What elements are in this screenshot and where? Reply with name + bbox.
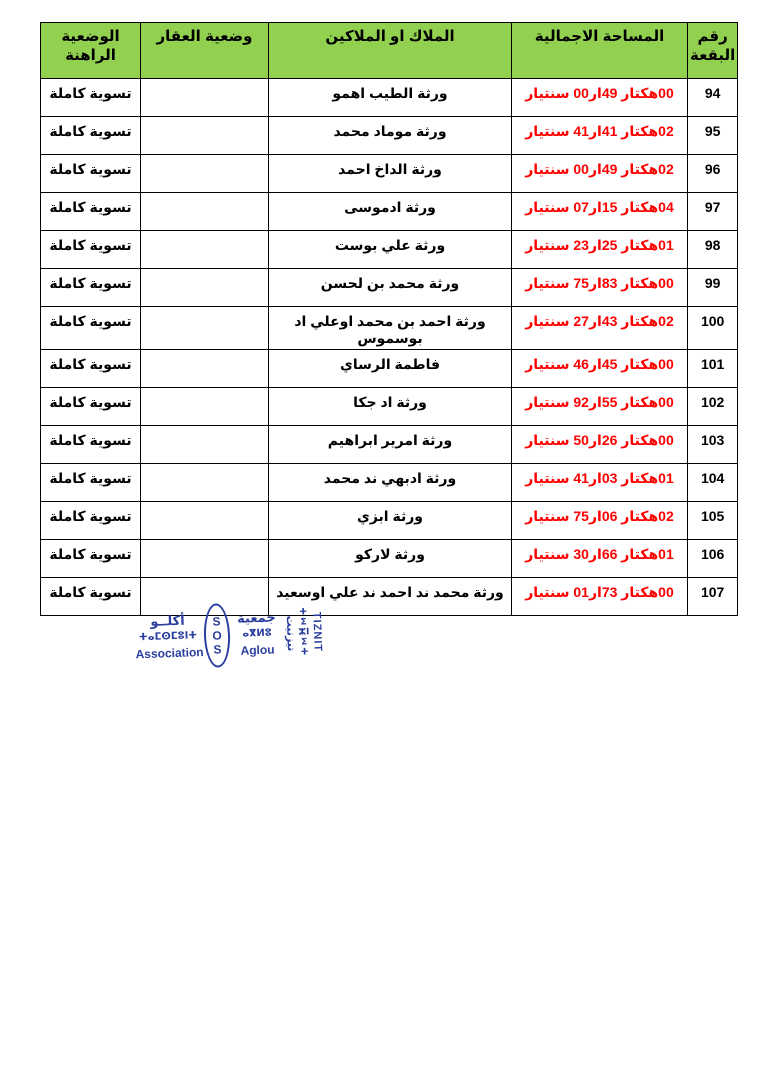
plot-number-cell: 105 <box>688 502 738 540</box>
owners-cell: ورثة ادموسى <box>269 193 512 231</box>
property-status-cell <box>141 426 269 464</box>
table-row: 106 01هكتار 66ار30 سنتيار ورثة لاركو تسو… <box>41 540 738 578</box>
table-row: 102 00هكتار 55ار92 سنتيار ورثة اد جكا تس… <box>41 388 738 426</box>
total-area-cell: 02هكتار 49ار00 سنتيار <box>512 155 688 193</box>
stamp-tifinagh-tamsmunt: ⵜⴰⵎⵙⵎⵓⵏⵜ <box>135 628 202 646</box>
stamp-latin-association: Association <box>135 644 202 663</box>
table-row: 98 01هكتار 25ار23 سنتيار ورثة علي بوست ت… <box>41 231 738 269</box>
owners-cell: ورثة اد جكا <box>269 388 512 426</box>
total-area-cell: 00هكتار 49ار00 سنتيار <box>512 79 688 117</box>
total-area-cell: 04هكتار 15ار07 سنتيار <box>512 193 688 231</box>
owners-cell: ورثة ادبهي ند محمد <box>269 464 512 502</box>
owners-cell: ورثة امرير ابراهيم <box>269 426 512 464</box>
plot-number-cell: 104 <box>688 464 738 502</box>
current-status-cell: تسوية كاملة <box>41 502 141 540</box>
stamp-city-arabic-text: تيزنيت <box>284 615 298 651</box>
header-owners: الملاك او الملاكين <box>269 23 512 79</box>
plot-number-cell: 107 <box>688 578 738 616</box>
land-plots-table: رقم البقعة المساحة الاجمالية الملاك او ا… <box>40 22 738 616</box>
total-area-cell: 02هكتار 43ار27 سنتيار <box>512 307 688 350</box>
owners-cell: ورثة لاركو <box>269 540 512 578</box>
current-status-cell: تسوية كاملة <box>41 79 141 117</box>
property-status-cell <box>141 231 269 269</box>
property-status-cell <box>141 155 269 193</box>
current-status-cell: تسوية كاملة <box>41 193 141 231</box>
property-status-cell <box>141 464 269 502</box>
plot-number-cell: 95 <box>688 117 738 155</box>
stamp-left-column: أكلــو ⵜⴰⵎⵙⵎⵓⵏⵜ Association <box>134 611 202 663</box>
current-status-cell: تسوية كاملة <box>41 155 141 193</box>
stamp-sos-s2: S <box>213 642 221 656</box>
owners-cell: ورثة محمد بن لحسن <box>269 269 512 307</box>
plot-number-cell: 96 <box>688 155 738 193</box>
total-area-cell: 01هكتار 25ار23 سنتيار <box>512 231 688 269</box>
table-row: 94 00هكتار 49ار00 سنتيار ورثة الطيب اهمو… <box>41 79 738 117</box>
stamp-sos-s1: S <box>212 614 220 628</box>
header-current-status: الوضعية الراهنة <box>41 23 141 79</box>
stamp-tifinagh-aglou: ⴰⴳⵍⵓ <box>233 625 282 643</box>
document-page: رقم البقعة المساحة الاجمالية الملاك او ا… <box>0 0 768 1086</box>
owners-cell: ورثة الداخ احمد <box>269 155 512 193</box>
stamp-city-arabic: تيزنيت <box>284 626 298 639</box>
property-status-cell <box>141 117 269 155</box>
current-status-cell: تسوية كاملة <box>41 426 141 464</box>
plot-number-cell: 98 <box>688 231 738 269</box>
header-plot-number: رقم البقعة <box>688 23 738 79</box>
stamp-city-latin-text: TIZNIT <box>310 612 323 653</box>
property-status-cell <box>141 540 269 578</box>
owners-cell: ورثة ابزي <box>269 502 512 540</box>
owners-cell: ورثة علي بوست <box>269 231 512 269</box>
table-row: 103 00هكتار 26ار50 سنتيار ورثة امرير ابر… <box>41 426 738 464</box>
owners-cell: ورثة الطيب اهمو <box>269 79 512 117</box>
plot-number-cell: 99 <box>688 269 738 307</box>
current-status-cell: تسوية كاملة <box>41 540 141 578</box>
total-area-cell: 00هكتار 26ار50 سنتيار <box>512 426 688 464</box>
current-status-cell: تسوية كاملة <box>41 388 141 426</box>
plot-number-cell: 106 <box>688 540 738 578</box>
total-area-cell: 00هكتار 55ار92 سنتيار <box>512 388 688 426</box>
total-area-cell: 00هكتار 83ار75 سنتيار <box>512 269 688 307</box>
property-status-cell <box>141 307 269 350</box>
property-status-cell <box>141 388 269 426</box>
plot-number-cell: 94 <box>688 79 738 117</box>
plot-number-cell: 97 <box>688 193 738 231</box>
owners-cell: فاطمة الرساي <box>269 350 512 388</box>
owners-cell: ورثة احمد بن محمد اوعلي اد بوسموس <box>269 307 512 350</box>
table-row: 107 00هكتار 73ار01 سنتيار ورثة محمد ند ا… <box>41 578 738 616</box>
plot-number-cell: 103 <box>688 426 738 464</box>
table-row: 99 00هكتار 83ار75 سنتيار ورثة محمد بن لح… <box>41 269 738 307</box>
table-row: 105 02هكتار 06ار75 سنتيار ورثة ابزي تسوي… <box>41 502 738 540</box>
property-status-cell <box>141 269 269 307</box>
owners-cell: ورثة محمد ند احمد ند علي اوسعيد <box>269 578 512 616</box>
property-status-cell <box>141 502 269 540</box>
property-status-cell <box>141 79 269 117</box>
current-status-cell: تسوية كاملة <box>41 231 141 269</box>
table-row: 104 01هكتار 03ار41 سنتيار ورثة ادبهي ند … <box>41 464 738 502</box>
stamp-city-latin: TIZNIT <box>310 626 324 638</box>
plot-number-cell: 100 <box>688 307 738 350</box>
total-area-cell: 01هكتار 66ار30 سنتيار <box>512 540 688 578</box>
stamp-latin-aglou: Aglou <box>233 641 282 660</box>
owners-cell: ورثة موماد محمد <box>269 117 512 155</box>
table-row: 95 02هكتار 41ار41 سنتيار ورثة موماد محمد… <box>41 117 738 155</box>
table-row: 100 02هكتار 43ار27 سنتيار ورثة احمد بن م… <box>41 307 738 350</box>
plot-number-cell: 102 <box>688 388 738 426</box>
current-status-cell: تسوية كاملة <box>41 464 141 502</box>
table-row: 96 02هكتار 49ار00 سنتيار ورثة الداخ احمد… <box>41 155 738 193</box>
plot-number-cell: 101 <box>688 350 738 388</box>
total-area-cell: 02هكتار 06ار75 سنتيار <box>512 502 688 540</box>
total-area-cell: 01هكتار 03ار41 سنتيار <box>512 464 688 502</box>
current-status-cell: تسوية كاملة <box>41 350 141 388</box>
header-property-status: وضعية العقار <box>141 23 269 79</box>
total-area-cell: 02هكتار 41ار41 سنتيار <box>512 117 688 155</box>
stamp-sos-o: O <box>212 628 222 642</box>
current-status-cell: تسوية كاملة <box>41 307 141 350</box>
stamp-right-column: جمعية ⴰⴳⵍⵓ Aglou <box>232 608 282 660</box>
current-status-cell: تسوية كاملة <box>41 578 141 616</box>
total-area-cell: 00هكتار 73ار01 سنتيار <box>512 578 688 616</box>
table-row: 97 04هكتار 15ار07 سنتيار ورثة ادموسى تسو… <box>41 193 738 231</box>
table-header-row: رقم البقعة المساحة الاجمالية الملاك او ا… <box>41 23 738 79</box>
property-status-cell <box>141 350 269 388</box>
current-status-cell: تسوية كاملة <box>41 117 141 155</box>
current-status-cell: تسوية كاملة <box>41 269 141 307</box>
total-area-cell: 00هكتار 45ار46 سنتيار <box>512 350 688 388</box>
header-total-area: المساحة الاجمالية <box>512 23 688 79</box>
table-row: 101 00هكتار 45ار46 سنتيار فاطمة الرساي ت… <box>41 350 738 388</box>
property-status-cell <box>141 578 269 616</box>
property-status-cell <box>141 193 269 231</box>
